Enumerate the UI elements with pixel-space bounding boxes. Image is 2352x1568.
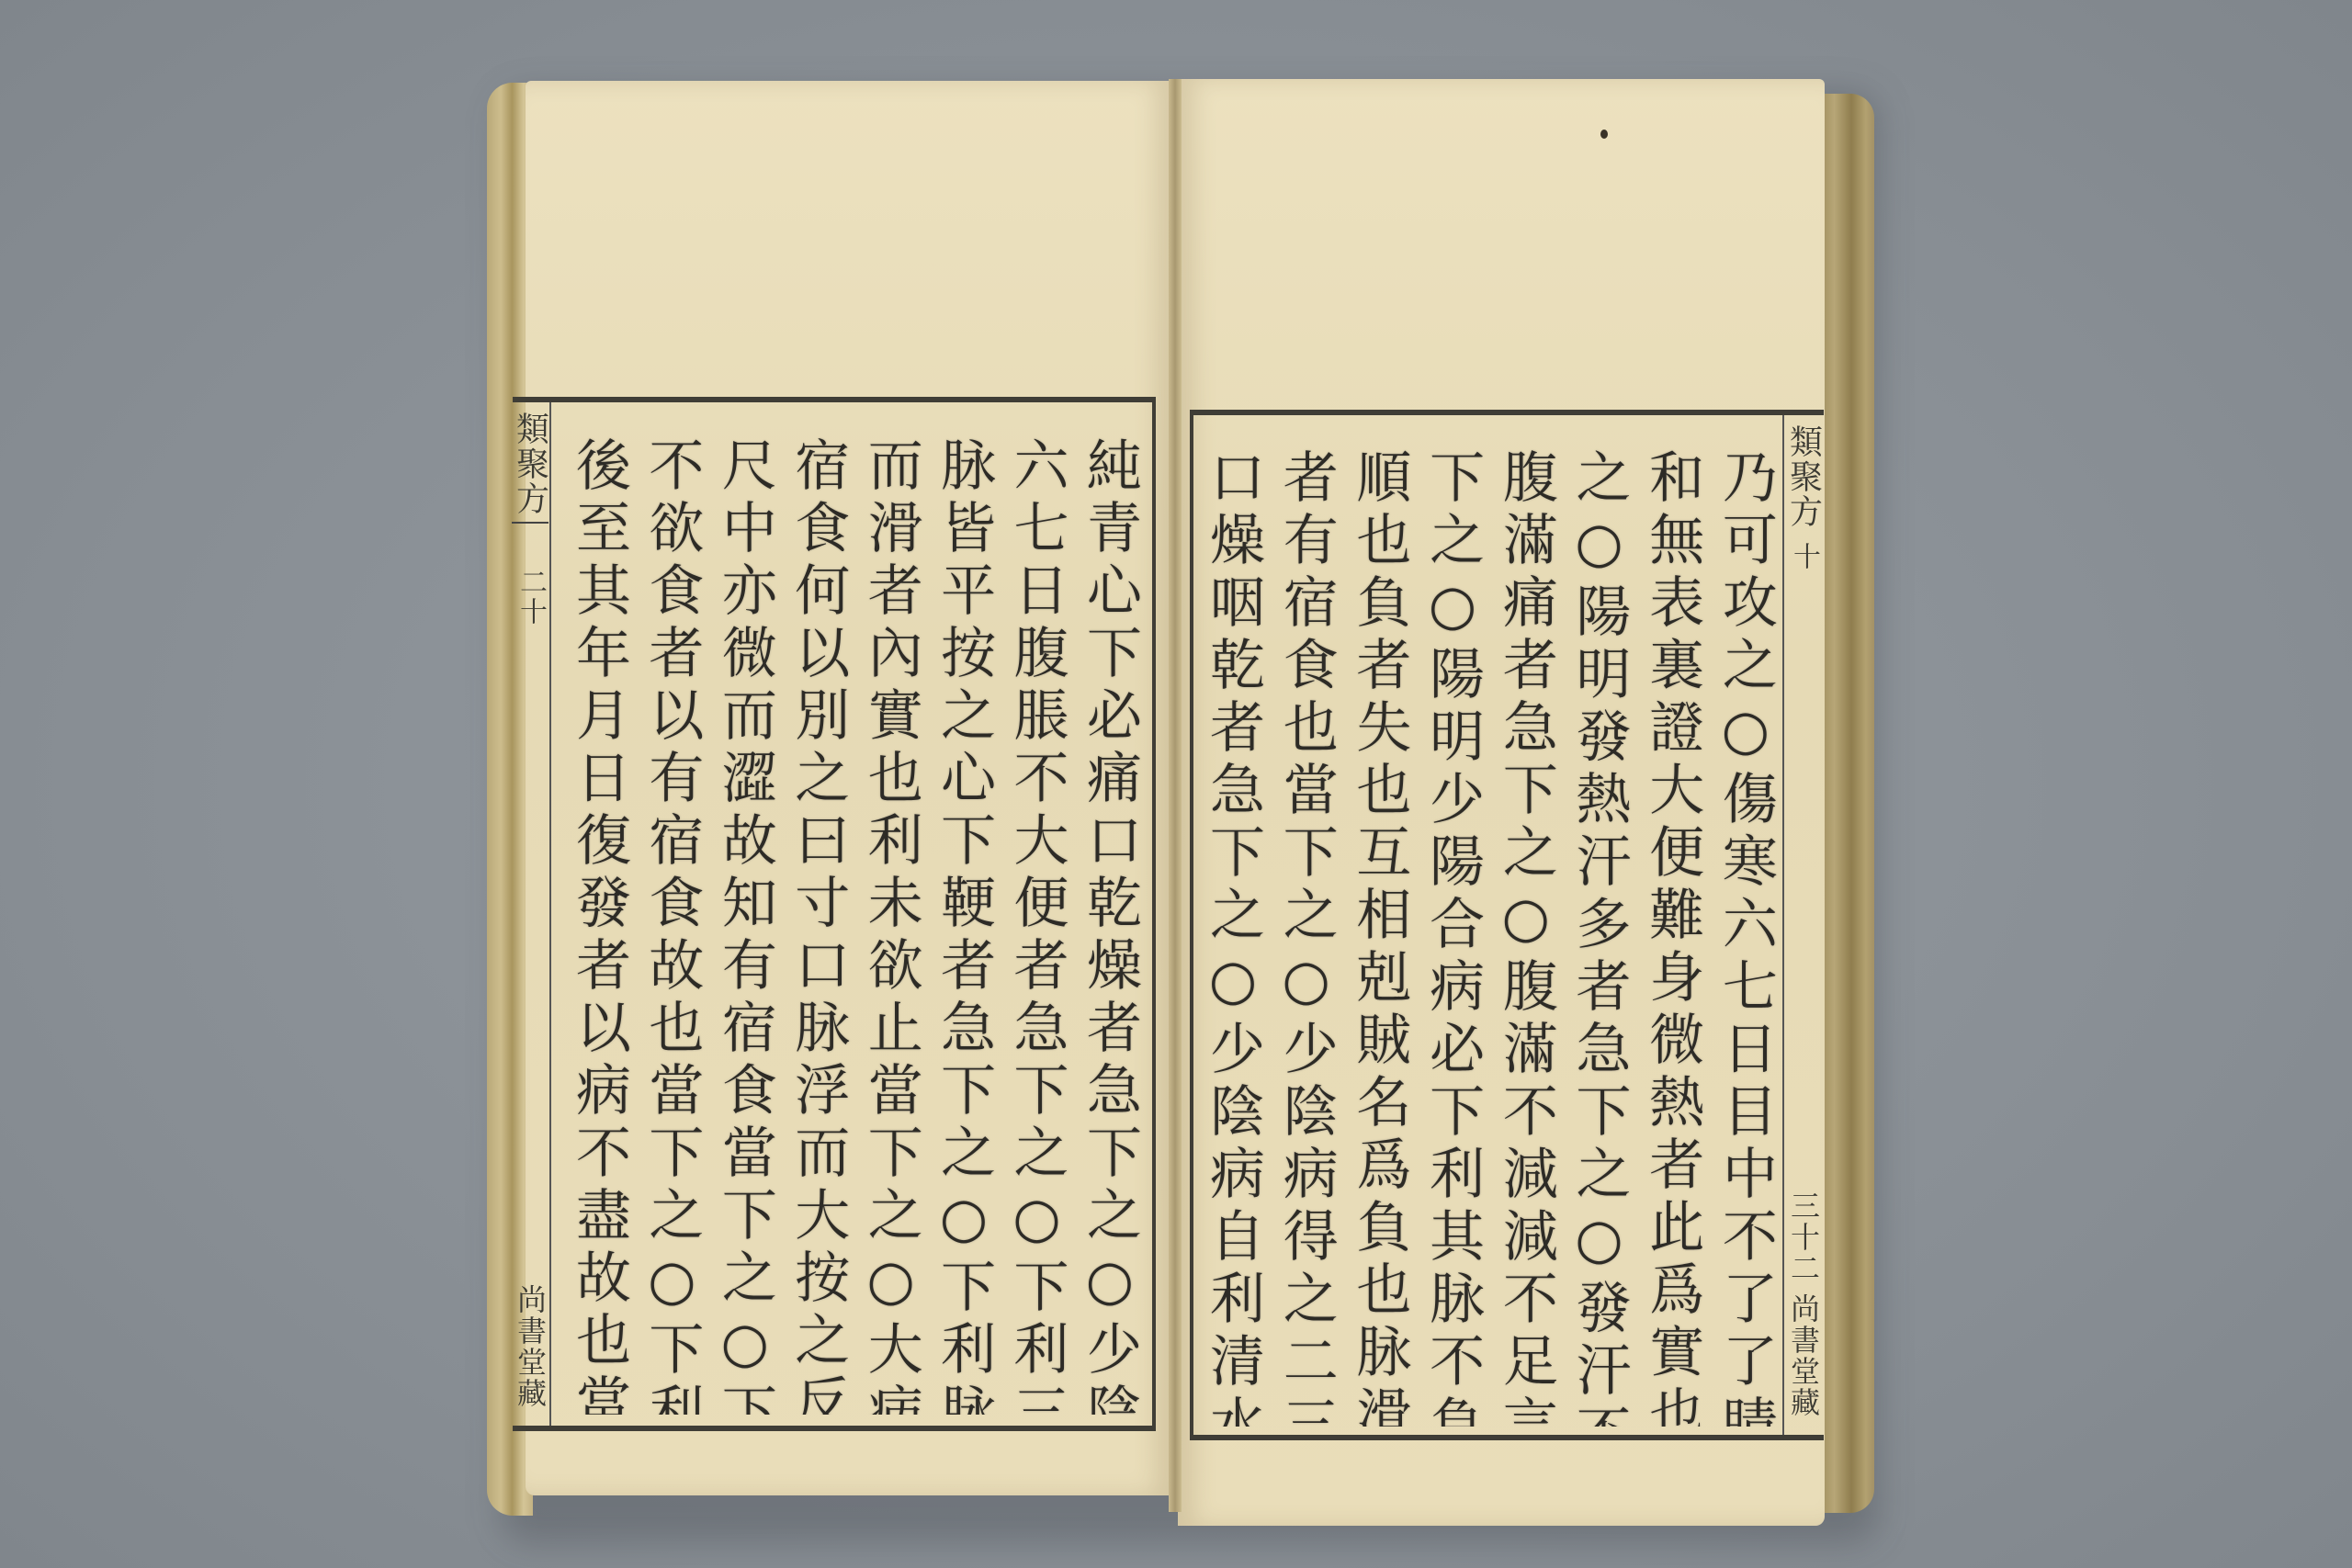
right-margin-title: 類聚方 xyxy=(1781,424,1827,529)
book-spread: 類聚方 二十 尚書堂藏 純青心下必痛口乾燥者急下之○少陰病 六七日腹脹不大便者急… xyxy=(0,0,2352,1568)
text-column: 下之○陽明少陽合病必下利其脉不負者 xyxy=(1419,448,1487,1427)
left-margin-folio: 二十 xyxy=(510,568,550,626)
left-page-text: 純青心下必痛口乾燥者急下之○少陰病 六七日腹脹不大便者急下之○下利三部 脉皆平按… xyxy=(565,436,1144,1415)
text-column: 腹滿痛者急下之○腹滿不減減不足言當 xyxy=(1492,448,1560,1427)
right-fore-edge xyxy=(1817,94,1874,1513)
ink-speck xyxy=(1600,130,1608,139)
text-column: 宿食何以別之曰寸口脉浮而大按之反澀 xyxy=(784,436,852,1415)
right-margin-folio: 十 xyxy=(1783,542,1824,571)
text-column: 順也負者失也互相剋賊名爲負也脉滑而數 xyxy=(1345,448,1413,1427)
text-column: 而滑者內實也利未欲止當下之○大病有 xyxy=(857,436,925,1415)
text-column: 和無表裏證大便難身微熱者此爲實也急下 xyxy=(1638,448,1706,1427)
text-column: 脉皆平按之心下鞕者急下之○下利脉遲 xyxy=(930,436,998,1415)
left-margin-publisher: 尚書堂藏 xyxy=(509,1284,551,1409)
left-margin-title: 類聚方 xyxy=(507,412,554,516)
text-column: 之○陽明發熱汗多者急下之○發汗不解 xyxy=(1566,448,1634,1427)
right-margin-publisher: 尚書堂藏 xyxy=(1782,1293,1825,1418)
text-column: 不欲食者以有宿食故也當下之○下利差 xyxy=(638,436,706,1415)
text-column: 後至其年月日復發者以病不盡故也當下 xyxy=(565,436,633,1415)
book-gutter xyxy=(1169,79,1182,1512)
right-margin-page-number: 三十二 xyxy=(1782,1190,1825,1284)
text-column: 者有宿食也當下之○少陰病得之二三日 xyxy=(1272,448,1340,1427)
text-column: 尺中亦微而澀故知有宿食當下之○下利 xyxy=(711,436,779,1415)
right-page-margin-column: 類聚方 十 三十二 尚書堂藏 xyxy=(1782,415,1823,1435)
text-column: 口燥咽乾者急下之○少陰病自利清水色 xyxy=(1199,448,1267,1427)
text-column: 純青心下必痛口乾燥者急下之○少陰病 xyxy=(1076,436,1144,1415)
text-column: 乃可攻之○傷寒六七日目中不了了睛不 xyxy=(1712,448,1780,1427)
fishtail-mark-icon xyxy=(512,522,548,555)
left-page-margin-column: 類聚方 二十 尚書堂藏 xyxy=(511,402,551,1426)
right-page-text: 乃可攻之○傷寒六七日目中不了了睛不 和無表裏證大便難身微熱者此爲實也急下 之○陽… xyxy=(1199,448,1780,1427)
text-column: 六七日腹脹不大便者急下之○下利三部 xyxy=(1003,436,1071,1415)
